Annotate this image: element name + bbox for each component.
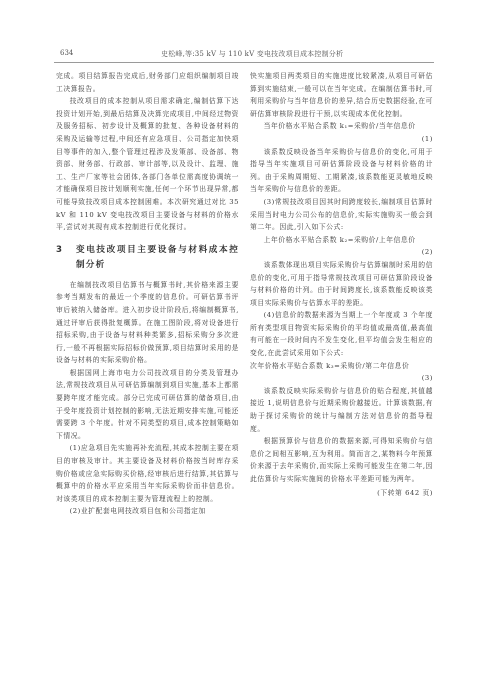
- paragraph: 根据预算价与信息价的数据来源,可得知采购价与信息价之间相互影响,互为利用。简而言…: [250, 435, 433, 485]
- paragraph: (2)业扩配套电网技改项目包和公司指定加: [56, 505, 239, 518]
- running-title: 史松峰,等:35 kV 与 110 kV 变电技改项目成本控制分析: [161, 49, 343, 59]
- equation-number-2: (2): [250, 246, 433, 259]
- paragraph: 快实施项目两类项目的实施进度比较紧凑,从项目可研估算到实施结束,一般可以在当年完…: [250, 70, 433, 120]
- continued-note: (下转第 642 页): [250, 487, 433, 500]
- formula-1: 当年价格水平贴合系数 k₁=采购价/当年信息价: [250, 120, 433, 133]
- section-title: 变电技改项目主要设备与材料成本控制分析: [76, 243, 239, 273]
- section-number: 3: [56, 243, 76, 273]
- formula-3: 次年价格水平贴合系数 k₃=采购价/第二年信息价: [250, 360, 433, 373]
- paragraph: 该系数反映实际采购价与信息价的贴合程度,其值越接近 1,说明信息价与近期采购价越…: [250, 385, 433, 435]
- paragraph: 技改项目的成本控制从项目需求确定,编制估算下达投资计划开始,到最后结算及决算完成…: [56, 95, 239, 234]
- paragraph: 根据国网上海市电力公司技改项目的分类及管理办法,常规技改项目从可研估算编制到项目…: [56, 367, 239, 443]
- right-column: 快实施项目两类项目的实施进度比较紧凑,从项目可研估算到实施结束,一般可以在当年完…: [250, 70, 433, 499]
- paragraph: 该系数反映设备当年采购价与信息价的变化,可用于指导当年实施项目可研估算阶段设备与…: [250, 146, 433, 196]
- paragraph: 在编制技改项目估算书与概算书时,其价格来源主要参考当期发布的最近一个季度的信息价…: [56, 279, 239, 367]
- formula-2: 上年价格水平贴合系数 k₂=采购价/上年信息价: [250, 234, 433, 247]
- section-heading: 3 变电技改项目主要设备与材料成本控制分析: [56, 243, 239, 273]
- paragraph: 该系数体现出项目实际采购价与估算编制时采用的信息价的变化,可用于指导常规技改项目…: [250, 259, 433, 309]
- paragraph: 完成。项目结算报告完成后,财务部门应组织编制项目竣工决算报告。: [56, 70, 239, 95]
- paragraph: (4)信息价的数据来源为当期上一个年度或 3 个年度所有类型项目物资实际采购价的…: [250, 309, 433, 359]
- paragraph: (3)常规技改项目因其时间跨度较长,编制项目估算时采用当时电力公司公布的信息价,…: [250, 196, 433, 234]
- equation-number-1: (1): [250, 133, 433, 146]
- left-column: 完成。项目结算报告完成后,财务部门应组织编制项目竣工决算报告。 技改项目的成本控…: [56, 70, 239, 518]
- equation-number-3: (3): [250, 372, 433, 385]
- page-number: 634: [60, 49, 73, 57]
- page-header: 634 史松峰,等:35 kV 与 110 kV 变电技改项目成本控制分析: [54, 48, 434, 63]
- paragraph: (1)应急项目先实施再补充流程,其成本控制主要在项目的审核及审计。其主要设备及材…: [56, 442, 239, 505]
